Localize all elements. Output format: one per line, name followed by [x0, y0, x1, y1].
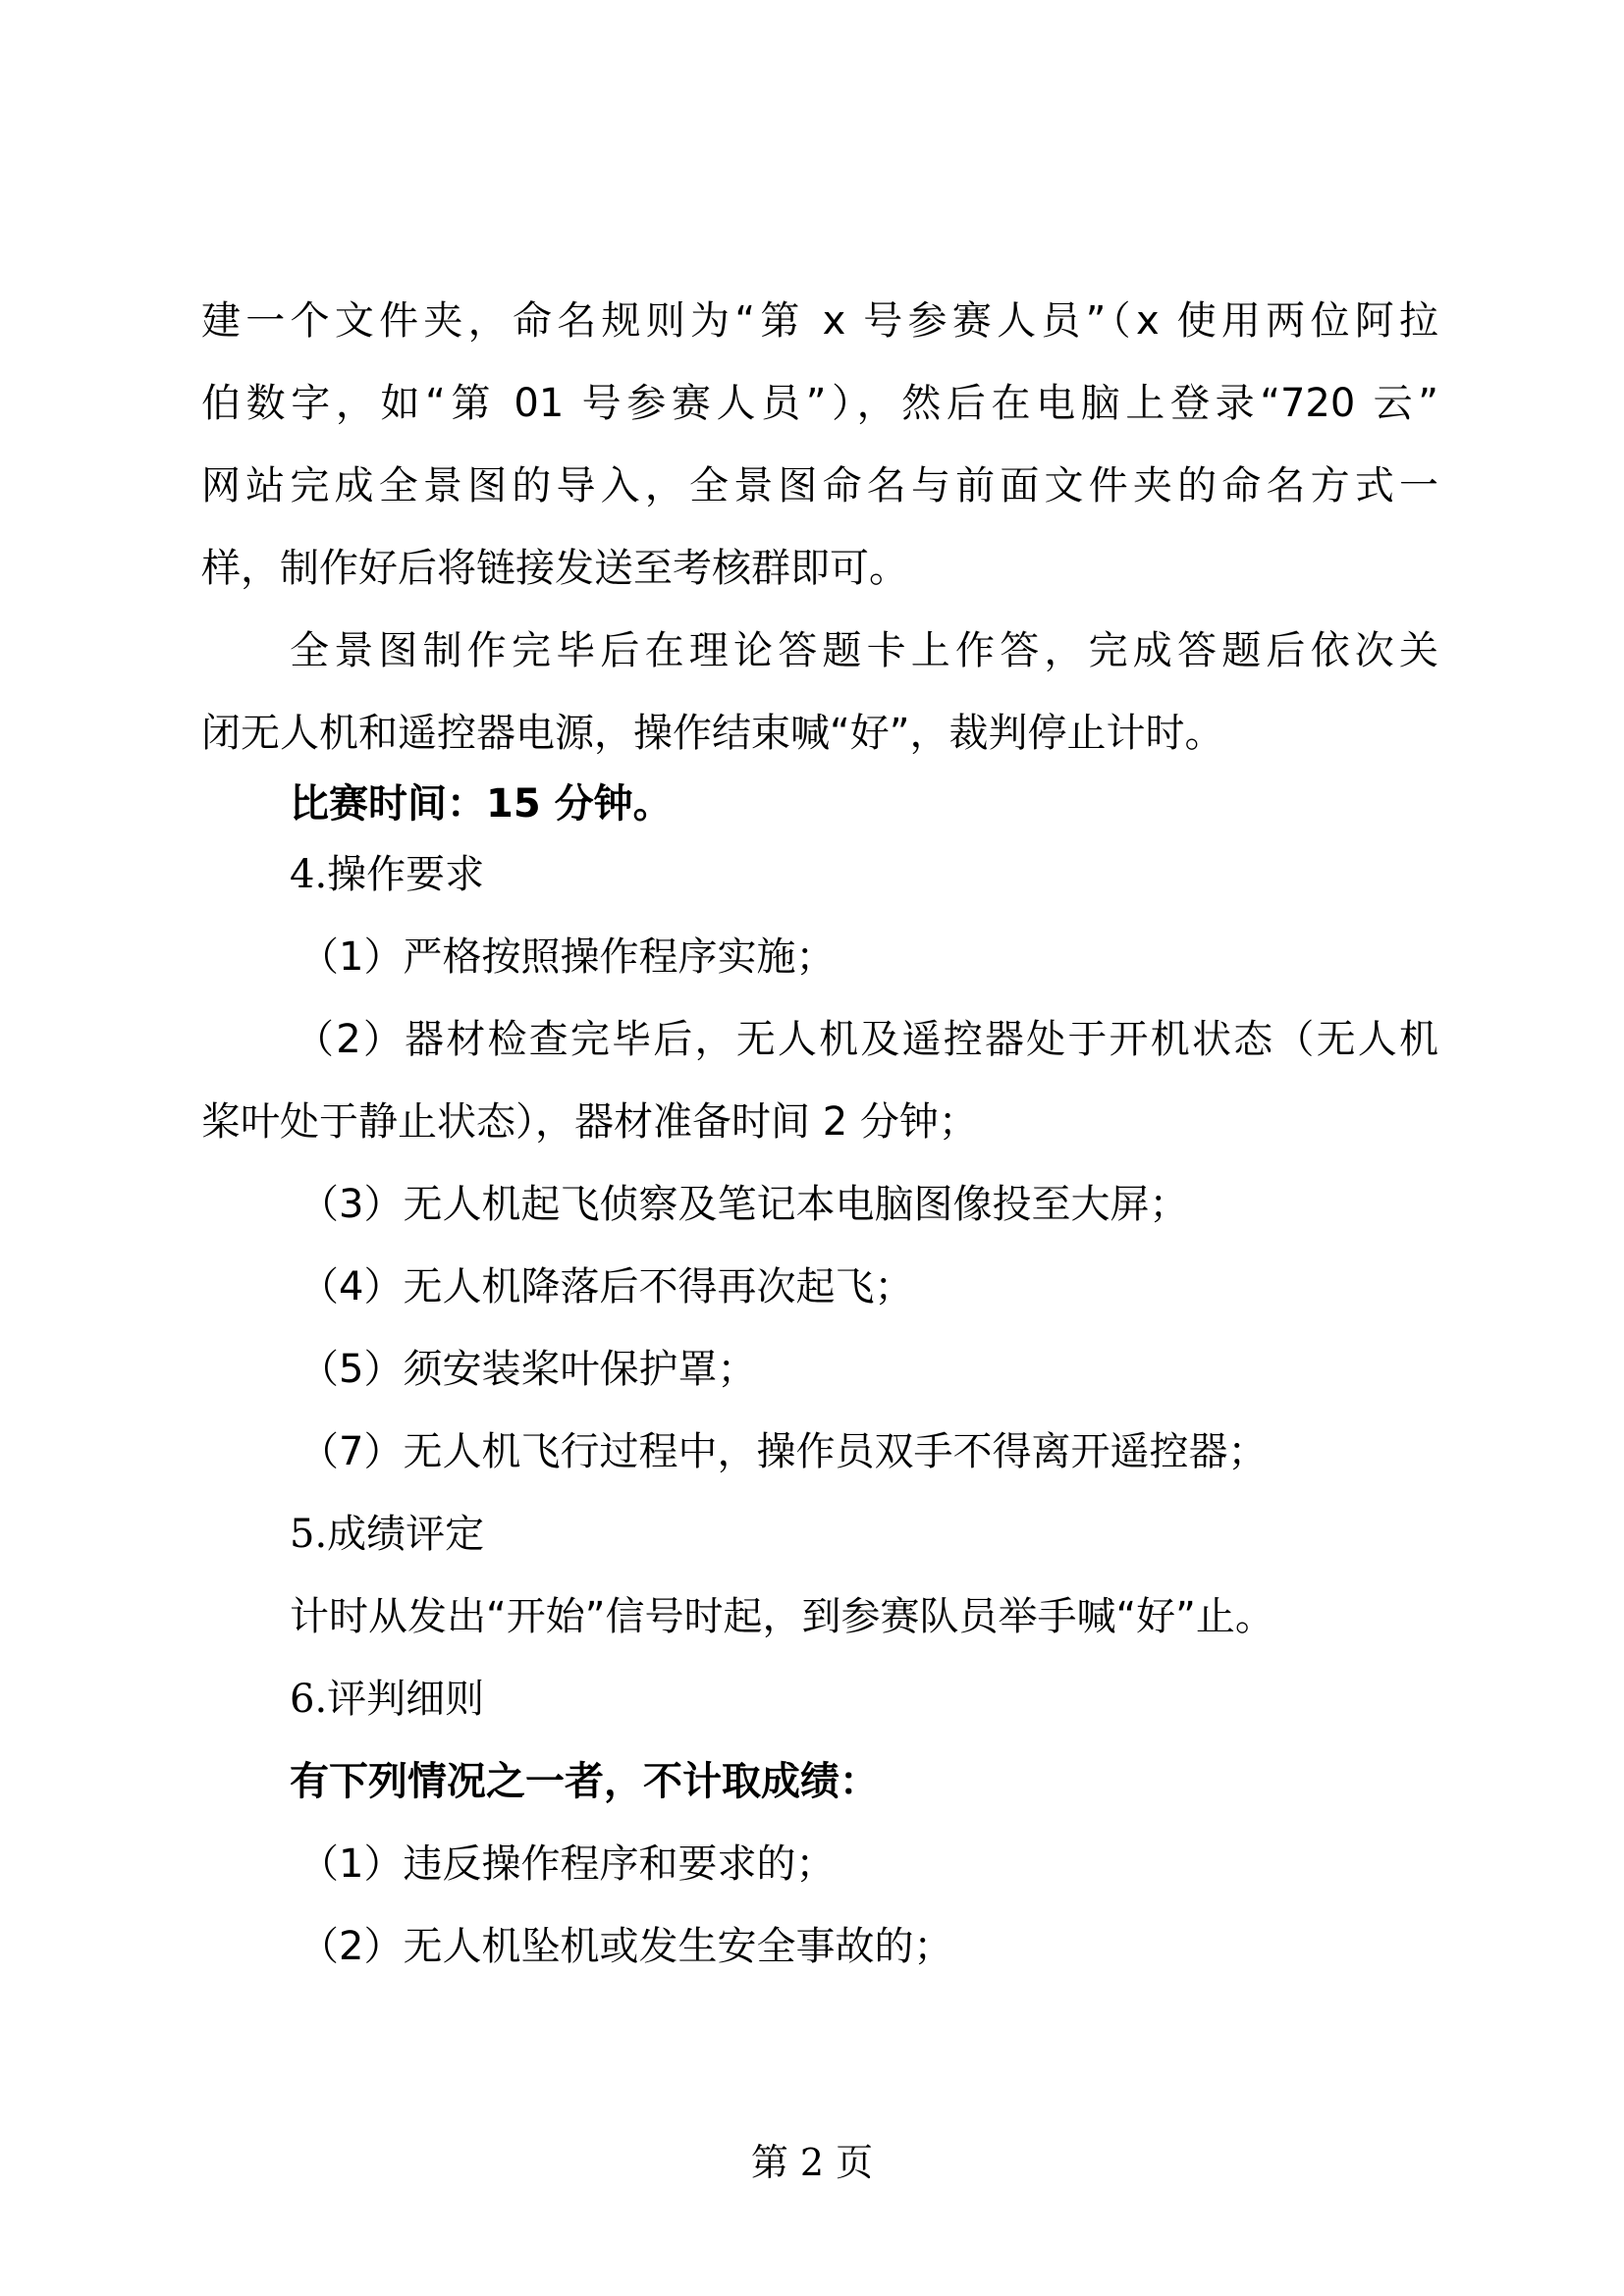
- section-5-text: 计时从发出“开始”信号时起，到参赛队员举手喊“好”止。: [290, 1593, 1527, 1640]
- paragraph-1-line-2: 伯数字，如“第 01 号参赛人员”），然后在电脑上登录“720 云”: [201, 380, 1438, 427]
- section-6-item-2: （2）无人机坠机或发生安全事故的；: [299, 1923, 1537, 1970]
- section-6-bold-intro: 有下列情况之一者，不计取成绩：: [290, 1758, 1527, 1805]
- paragraph-1-line-4: 样，制作好后将链接发送至考核群即可。: [201, 545, 1438, 592]
- section-4-item-1: （1）严格按照操作程序实施；: [299, 934, 1537, 981]
- document-page: 建一个文件夹，命名规则为“第 x 号参赛人员”（x 使用两位阿拉 伯数字，如“第…: [0, 0, 1624, 2296]
- paragraph-2-line-1: 全景图制作完毕后在理论答题卡上作答，完成答题后依次关: [290, 627, 1438, 674]
- section-5-heading: 5.成绩评定: [290, 1511, 1527, 1558]
- section-6-item-1: （1）违反操作程序和要求的；: [299, 1841, 1537, 1888]
- section-6-heading: 6.评判细则: [290, 1676, 1527, 1723]
- section-4-item-3: （3）无人机起飞侦察及笔记本电脑图像投至大屏；: [299, 1181, 1537, 1228]
- section-4-item-7: （7）无人机飞行过程中，操作员双手不得离开遥控器；: [299, 1428, 1537, 1475]
- section-4-item-4: （4）无人机降落后不得再次起飞；: [299, 1263, 1537, 1310]
- section-4-item-2-line-2: 桨叶处于静止状态），器材准备时间 2 分钟；: [201, 1098, 1438, 1146]
- section-4-item-2-line-1: （2）器材检查完毕后，无人机及遥控器处于开机状态（无人机: [295, 1016, 1438, 1063]
- section-4-heading: 4.操作要求: [290, 851, 1527, 898]
- page-number: 第 2 页: [0, 2140, 1624, 2185]
- section-4-item-5: （5）须安装桨叶保护罩；: [299, 1346, 1537, 1393]
- paragraph-1-line-1: 建一个文件夹，命名规则为“第 x 号参赛人员”（x 使用两位阿拉: [201, 297, 1438, 345]
- paragraph-1-line-3: 网站完成全景图的导入，全景图命名与前面文件夹的命名方式一: [201, 462, 1438, 509]
- paragraph-2-line-2: 闭无人机和遥控器电源，操作结束喊“好”，裁判停止计时。: [201, 710, 1438, 757]
- competition-time: 比赛时间：15 分钟。: [290, 780, 1527, 828]
